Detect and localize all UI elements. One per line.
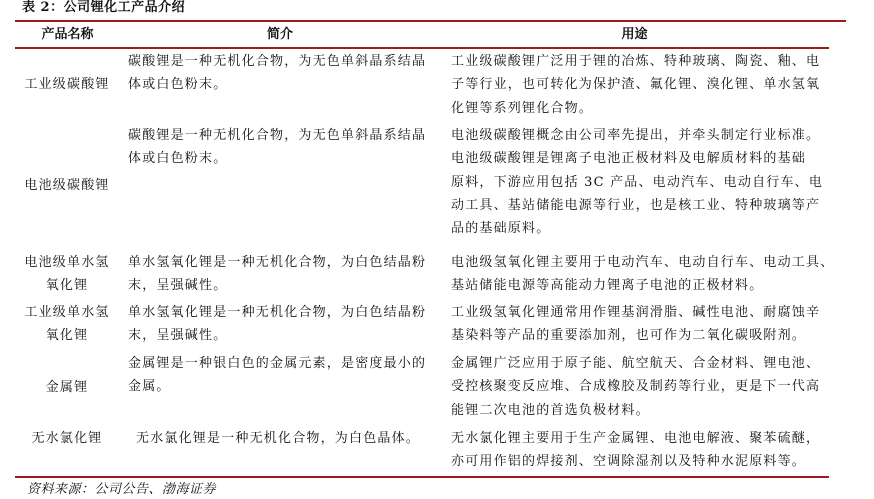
header-usage: 用途: [440, 23, 829, 47]
top-rule: [15, 20, 846, 22]
row-3-name: 工业级单水氢 氧化锂: [12, 301, 122, 348]
row-2-desc: 单水氢氧化锂是一种无机化合物，为白色结晶粉 末，呈强碱性。: [128, 251, 448, 298]
row-0-use: 工业级碳酸锂广泛用于锂的冶炼、特种玻璃、陶瓷、釉、电 子等行业，也可转化为保护渣…: [451, 50, 829, 120]
row-4-use: 金属锂广泛应用于原子能、航空航天、合金材料、锂电池、 受控核聚变反应堆、合成橡胶…: [451, 352, 829, 422]
row-0-name: 工业级碳酸锂: [12, 73, 122, 96]
source-note: 资料来源：公司公告、渤海证券: [27, 481, 216, 499]
row-4-name: 金属锂: [12, 376, 122, 399]
row-5-name: 无水氯化锂: [12, 427, 122, 450]
row-5-desc: 无水氯化锂是一种无机化合物，为白色晶体。: [136, 427, 456, 450]
header-rule: [15, 47, 829, 49]
table-title: 表 2：公司锂化工产品介绍: [22, 0, 185, 16]
row-2-name: 电池级单水氢 氧化锂: [12, 251, 122, 298]
header-product-name: 产品名称: [15, 23, 120, 47]
row-5-use: 无水氯化锂主要用于生产金属锂、电池电解液、聚苯硫醚， 亦可用作铝的焊接剂、空调除…: [451, 427, 829, 474]
row-1-desc: 碳酸锂是一种无机化合物，为无色单斜晶系结晶 体或白色粉末。: [128, 124, 448, 171]
row-0-desc: 碳酸锂是一种无机化合物，为无色单斜晶系结晶 体或白色粉末。: [128, 50, 448, 97]
bottom-rule: [15, 476, 829, 478]
header-description: 简介: [120, 23, 440, 47]
row-4-desc: 金属锂是一种银白色的金属元素，是密度最小的 金属。: [128, 352, 448, 399]
row-3-use: 工业级氢氧化锂通常用作锂基润滑脂、碱性电池、耐腐蚀辛 基染料等产品的重要添加剂，…: [451, 301, 829, 348]
row-1-name: 电池级碳酸锂: [12, 174, 122, 197]
row-3-desc: 单水氢氧化锂是一种无机化合物，为白色结晶粉 末，呈强碱性。: [128, 301, 448, 348]
row-1-use: 电池级碳酸锂概念由公司率先提出，并牵头制定行业标准。 电池级碳酸锂是锂离子电池正…: [451, 124, 829, 240]
row-2-use: 电池级氢氧化锂主要用于电动汽车、电动自行车、电动工具、 基站储能电源等高能动力锂…: [451, 251, 829, 298]
